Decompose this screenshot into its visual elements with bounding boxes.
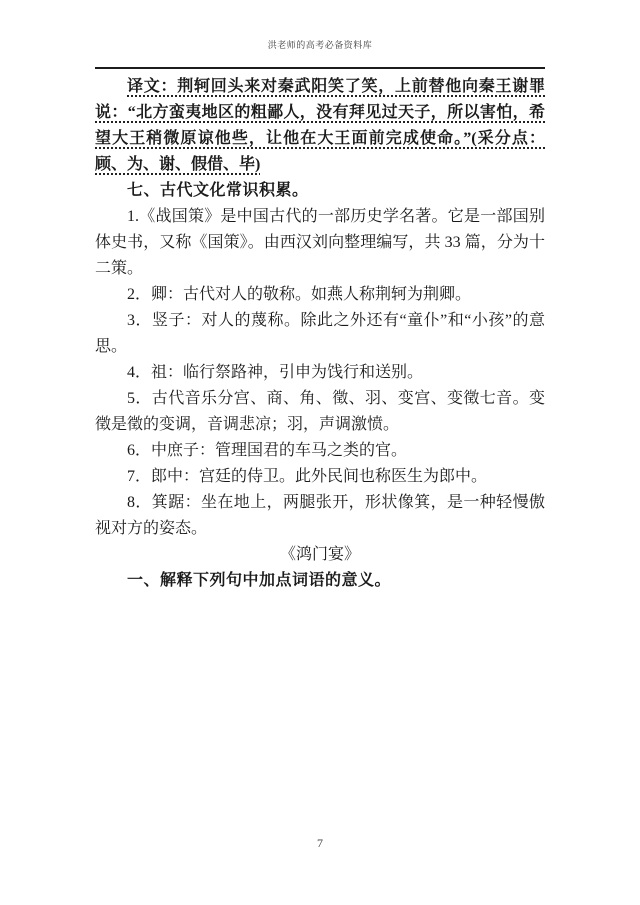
section-heading: 七、古代文化常识积累。: [95, 178, 545, 204]
list-item-1: 1.《战国策》是中国古代的一部历史学名著。它是一部国别体史书，又称《国策》。由西…: [95, 204, 545, 282]
document-header: 洪老师的高考必备资料库: [0, 38, 640, 52]
list-item-3: 3．竖子：对人的蔑称。除此之外还有“童仆”和“小孩”的意思。: [95, 308, 545, 360]
header-divider: [95, 67, 545, 69]
list-item-6: 6．中庶子：管理国君的车马之类的官。: [95, 438, 545, 464]
exercise-heading: 一、解释下列句中加点词语的意义。: [95, 568, 545, 594]
document-page: 洪老师的高考必备资料库 译文：荆轲回头来对秦武阳笑了笑，上前替他向秦王谢罪说：“…: [0, 0, 640, 905]
page-number: 7: [0, 836, 640, 851]
translation-paragraph: 译文：荆轲回头来对秦武阳笑了笑，上前替他向秦王谢罪说：“北方蛮夷地区的粗鄙人，没…: [95, 74, 545, 178]
document-subtitle: 《鸿门宴》: [95, 542, 545, 568]
list-item-7: 7．郎中：宫廷的侍卫。此外民间也称医生为郎中。: [95, 464, 545, 490]
header-title: 洪老师的高考必备资料库: [268, 40, 373, 50]
list-item-4: 4．祖：临行祭路神，引申为饯行和送别。: [95, 360, 545, 386]
list-item-5: 5．古代音乐分宫、商、角、徵、羽、变宫、变徵七音。变徵是徵的变调，音调悲凉；羽，…: [95, 386, 545, 438]
list-item-2: 2．卿：古代对人的敬称。如燕人称荆轲为荆卿。: [95, 282, 545, 308]
list-item-8: 8．箕踞：坐在地上，两腿张开，形状像箕，是一种轻慢傲视对方的姿态。: [95, 490, 545, 542]
document-body: 译文：荆轲回头来对秦武阳笑了笑，上前替他向秦王谢罪说：“北方蛮夷地区的粗鄙人，没…: [95, 74, 545, 594]
